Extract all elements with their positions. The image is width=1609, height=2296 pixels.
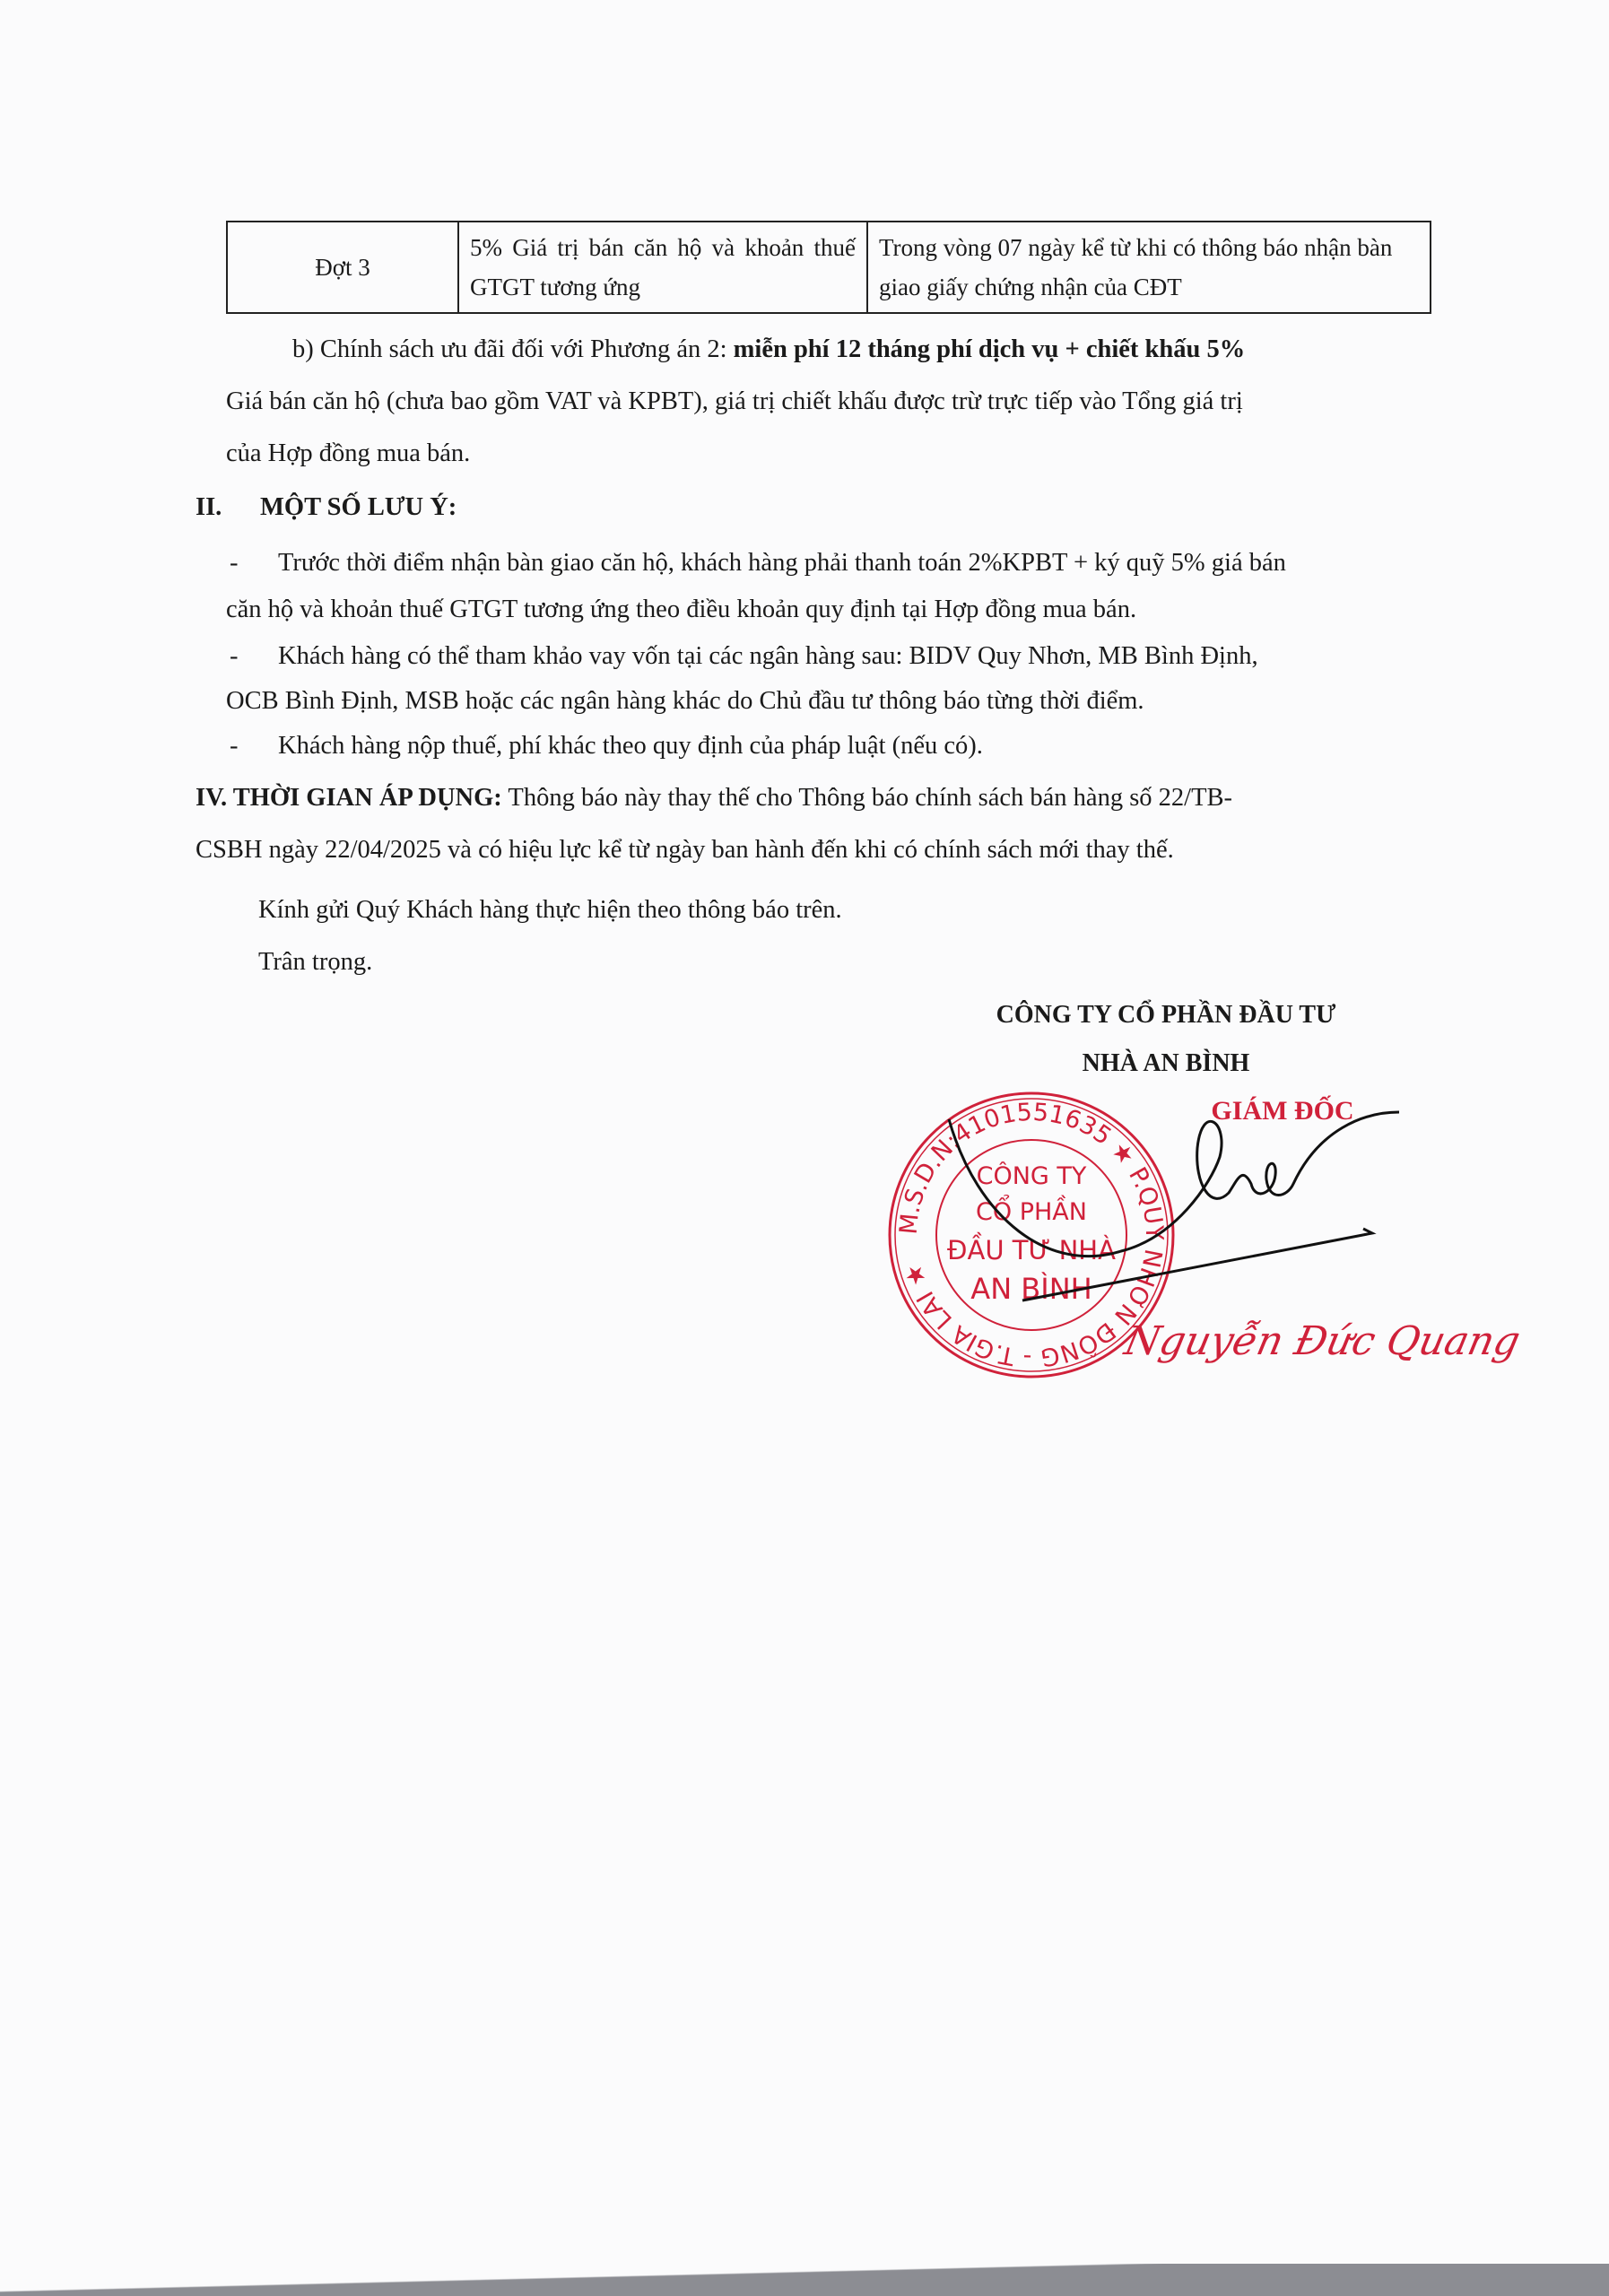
policy-b-line2: Giá bán căn hộ (chưa bao gồm VAT và KPBT…	[226, 379, 1243, 424]
amount-cell: 5% Giá trị bán căn hộ và khoản thuế GTGT…	[458, 222, 867, 313]
note-3-line1: Khách hàng nộp thuế, phí khác theo quy đ…	[278, 724, 983, 769]
policy-b-highlight: miễn phí 12 tháng phí dịch vụ + chiết kh…	[734, 335, 1246, 363]
signatory-name: Nguyễn Đức Quang	[1121, 1318, 1525, 1364]
signature-company-line2: NHÀ AN BÌNH	[978, 1049, 1354, 1078]
section-effective-text: Thông báo này thay thế cho Thông báo chí…	[502, 784, 1232, 812]
table-row: Đợt 3 5% Giá trị bán căn hộ và khoản thu…	[227, 222, 1431, 313]
note-bullet: -	[230, 541, 239, 586]
section-effective-line1: IV. THỜI GIAN ÁP DỤNG: Thông báo này tha…	[196, 776, 1232, 821]
section-effective-line2: CSBH ngày 22/04/2025 và có hiệu lực kể t…	[196, 828, 1174, 873]
installment-cell: Đợt 3	[227, 222, 458, 313]
policy-b-line3: của Hợp đồng mua bán.	[226, 431, 470, 476]
signature-company-line1: CÔNG TY CỔ PHẦN ĐẦU TƯ	[978, 1001, 1354, 1030]
note-2-line2: OCB Bình Định, MSB hoặc các ngân hàng kh…	[226, 679, 1144, 724]
deadline-cell: Trong vòng 07 ngày kể từ khi có thông bá…	[867, 222, 1431, 313]
note-2-line1: Khách hàng có thể tham khảo vay vốn tại …	[278, 634, 1258, 679]
note-1-line2: căn hộ và khoản thuế GTGT tương ứng theo…	[226, 587, 1136, 632]
note-bullet: -	[230, 724, 239, 769]
note-bullet: -	[230, 634, 239, 679]
section-notes-number: II.	[196, 485, 222, 530]
document-page: Đợt 3 5% Giá trị bán căn hộ và khoản thu…	[0, 0, 1609, 2296]
scan-edge-shadow	[0, 2264, 1609, 2296]
section-notes-heading: MỘT SỐ LƯU Ý:	[260, 485, 457, 530]
payment-schedule-table: Đợt 3 5% Giá trị bán căn hộ và khoản thu…	[226, 221, 1431, 314]
policy-b-line1: b) Chính sách ưu đãi đối với Phương án 2…	[292, 327, 1245, 372]
section-effective-heading: IV. THỜI GIAN ÁP DỤNG:	[196, 784, 502, 812]
policy-b-prefix: b) Chính sách ưu đãi đối với Phương án 2…	[292, 335, 734, 363]
handwritten-signature-icon	[942, 1094, 1408, 1309]
closing-request: Kính gửi Quý Khách hàng thực hiện theo t…	[258, 888, 842, 933]
note-1-line1: Trước thời điểm nhận bàn giao căn hộ, kh…	[278, 541, 1286, 586]
closing-regards: Trân trọng.	[258, 940, 372, 985]
